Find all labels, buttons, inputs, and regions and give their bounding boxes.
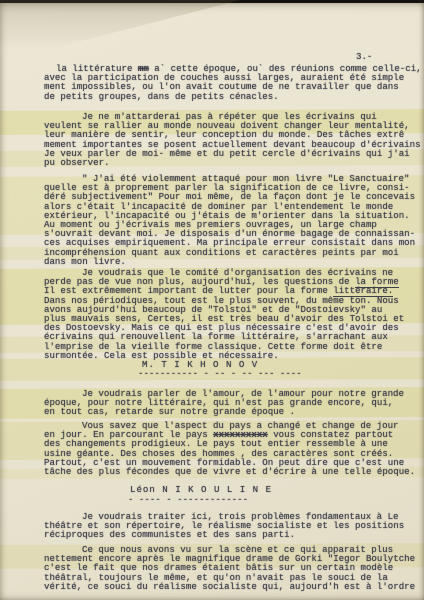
text-line: de petits groupes, dans de petits cénacl…: [44, 92, 422, 101]
paragraph-7: Je voudrais traiter ici, trois problèmes…: [44, 512, 422, 540]
paragraph-2: Je ne m'attarderai pas à répéter que les…: [44, 112, 422, 167]
text-line: pu observer.: [44, 158, 422, 167]
typewritten-text: 3.- la littérature mm a` cette époque, o…: [0, 0, 424, 600]
paragraph-6: Vous savez que l'aspect du pays a changé…: [44, 421, 422, 476]
text-line: vérité, ce souci du réalisme socialiste …: [44, 582, 422, 591]
paragraph-4: Je voudrais que le comité d'organisation…: [44, 268, 422, 360]
paragraph-8: Ce que nous avons vu sur la scène et ce …: [44, 545, 422, 591]
text-line: en tout cas, retarde sur notre grande ép…: [44, 407, 422, 416]
text-line: tâche des plus fécondes que de vivre et …: [44, 467, 422, 476]
scanned-document: 3.- la littérature mm a` cette époque, o…: [0, 0, 424, 600]
paragraph-5: Je voudrais parler de l'amour, de l'amou…: [44, 389, 422, 417]
page-number: 3.-: [356, 52, 372, 61]
heading-underline: - ---- - -------------: [128, 495, 248, 504]
text-line: réciproques des communistes et des sans …: [44, 530, 422, 539]
heading-underline: ----------- - -- - -- --- ----: [138, 369, 302, 378]
section-heading-nikouline: Léon N I K O U L I N E: [130, 485, 272, 494]
paragraph-1: la littérature mm a` cette époque, ou` d…: [44, 64, 422, 101]
paragraph-3: " J'ai été violemment attaqué pour mon l…: [44, 174, 422, 266]
text-line: dans mon livre.: [44, 257, 422, 266]
